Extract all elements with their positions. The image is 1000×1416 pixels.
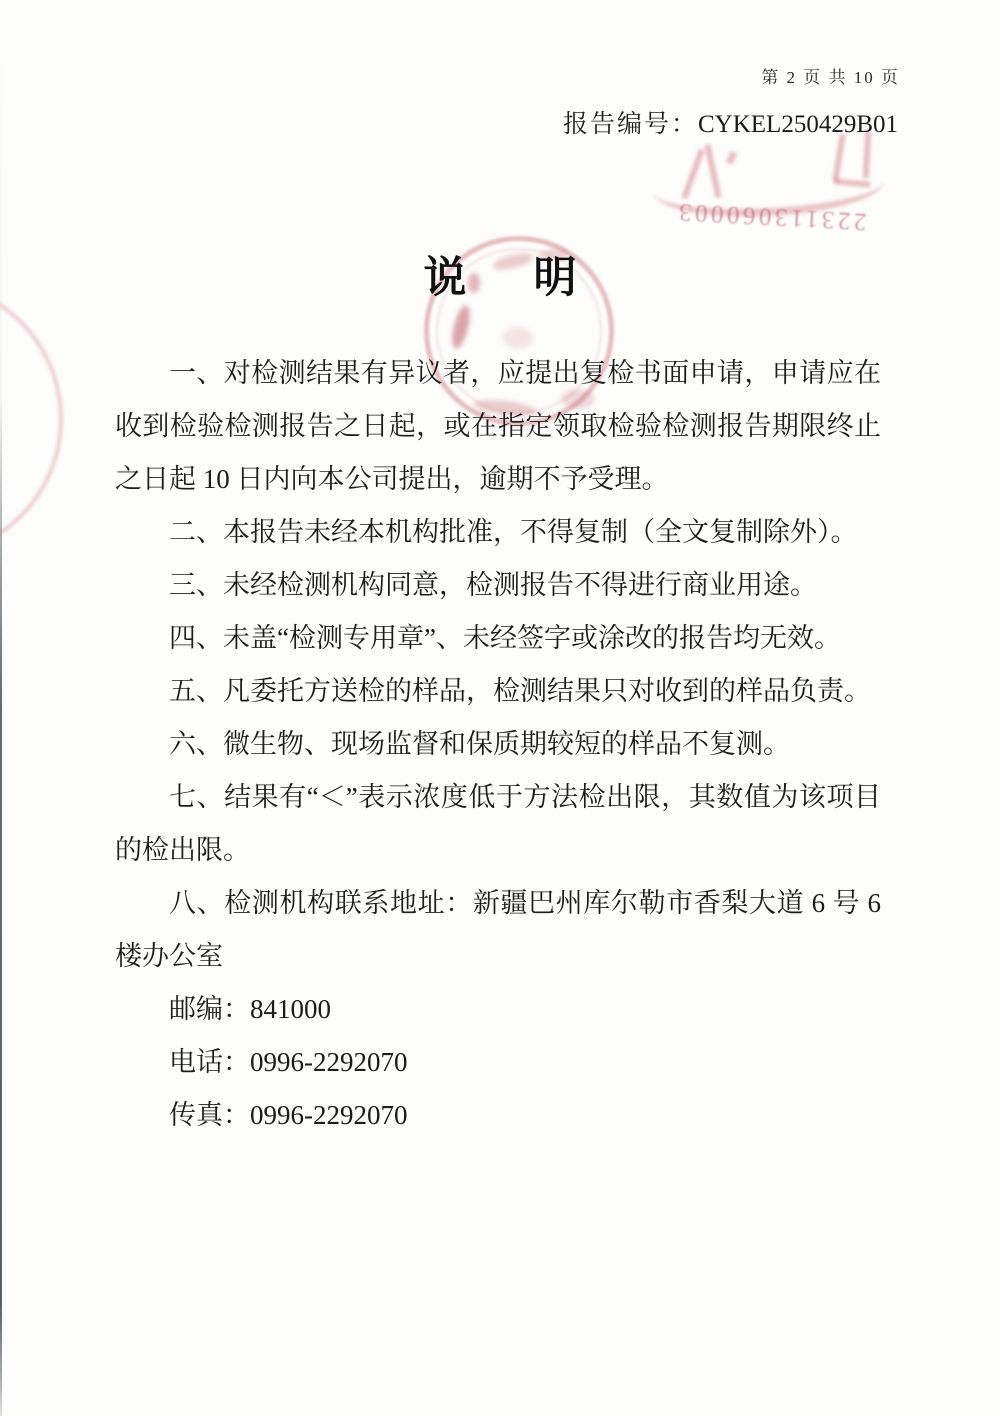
- report-number-label: 报告编号：: [563, 111, 698, 138]
- note-item-2: 二、本报告未经本机构批准，不得复制（全文复制除外）。: [115, 506, 881, 559]
- scan-edge-artifact: [0, 0, 2, 1416]
- page-number: 第 2 页 共 10 页: [761, 63, 900, 88]
- note-item-5: 五、凡委托方送检的样品，检测结果只对收到的样品负责。: [115, 665, 881, 718]
- report-page: 223113060003 第 2 页 共 10 页 报告编号：CYKEL2504…: [0, 0, 1000, 1416]
- contact-phone-line: 电话：0996-2292070: [115, 1036, 881, 1089]
- report-number-value: CYKEL250429B01: [698, 111, 898, 138]
- note-item-4: 四、未盖“检测专用章”、未经签字或涂改的报告均无效。: [115, 612, 881, 665]
- stamp-blot: [449, 304, 473, 350]
- note-item-1: 一、对检测结果有异议者，应提出复检书面申请，申请应在收到检验检测报告之日起，或在…: [115, 347, 881, 506]
- stamp-blot: [503, 327, 533, 349]
- note-item-8: 八、检测机构联系地址：新疆巴州库尔勒市香梨大道 6 号 6楼办公室: [115, 877, 881, 983]
- note-item-3: 三、未经检测机构同意，检测报告不得进行商业用途。: [115, 559, 881, 612]
- notes-section: 一、对检测结果有异议者，应提出复检书面申请，申请应在收到检验检测报告之日起，或在…: [115, 347, 881, 1142]
- note-item-6: 六、微生物、现场监督和保质期较短的样品不复测。: [115, 718, 881, 771]
- stamp-partial-circle-left: [0, 280, 63, 558]
- contact-fax-line: 传真：0996-2292070: [115, 1089, 881, 1142]
- note-item-7: 七、结果有“＜”表示浓度低于方法检出限，其数值为该项目的检出限。: [115, 771, 881, 877]
- page-title: 说 明: [0, 244, 1000, 305]
- contact-postal-line: 邮编：841000: [115, 983, 881, 1036]
- report-number-line: 报告编号：CYKEL250429B01: [563, 104, 898, 140]
